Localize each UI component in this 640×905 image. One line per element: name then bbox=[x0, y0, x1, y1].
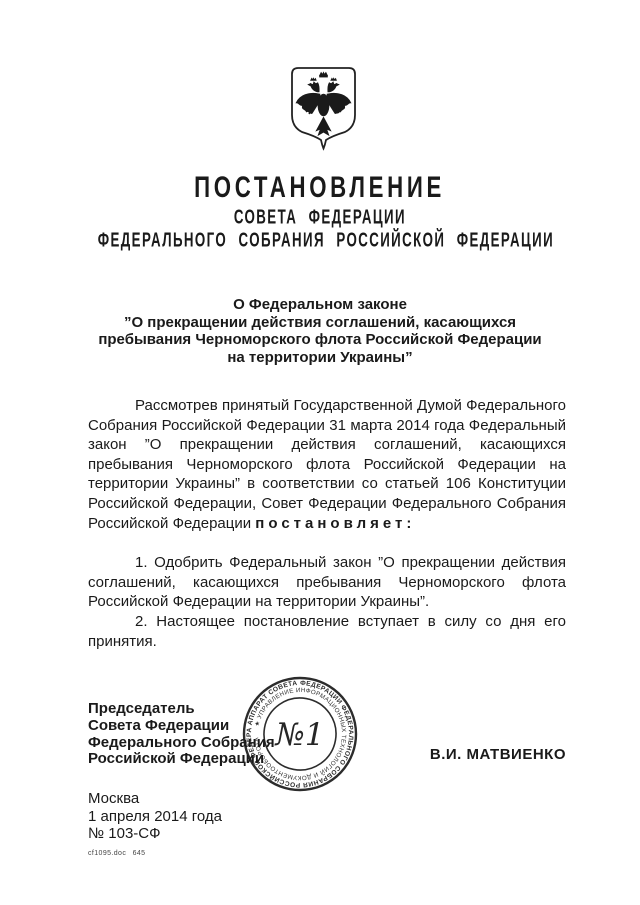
paragraph-item-2: 2. Настоящее постановление вступает в си… bbox=[88, 612, 566, 651]
org-name-line-1-text: СОВЕТА ФЕДЕРАЦИИ bbox=[234, 206, 406, 230]
document-page: ПОСТАНОВЛЕНИЕ СОВЕТА ФЕДЕРАЦИИ ФЕДЕРАЛЬН… bbox=[0, 0, 640, 905]
document-type-heading: ПОСТАНОВЛЕНИЕ bbox=[0, 171, 640, 205]
registry-stamp: АППАРАТ СОВЕТА ФЕДЕРАЦИИ ФЕДЕРАЛЬНОГО СО… bbox=[230, 664, 369, 803]
org-name-line-1: СОВЕТА ФЕДЕРАЦИИ bbox=[0, 207, 640, 229]
preamble-text: Рассмотрев принятый Государственной Думо… bbox=[88, 397, 566, 532]
file-note: cf1095.doc 645 bbox=[88, 850, 145, 857]
stamp-number: №1 bbox=[273, 717, 324, 753]
org-name-line-2: ФЕДЕРАЛЬНОГО СОБРАНИЯ РОССИЙСКОЙ ФЕДЕРАЦ… bbox=[0, 230, 640, 252]
paragraph-item-1: 1. Одобрить Федеральный закон ”О прекращ… bbox=[88, 553, 566, 612]
document-type-text: ПОСТАНОВЛЕНИЕ bbox=[195, 171, 446, 205]
document-subject: О Федеральном законе ”О прекращении дейс… bbox=[60, 296, 580, 366]
place-date-number: Москва 1 апреля 2014 года № 103-СФ bbox=[88, 790, 222, 843]
paragraph-preamble: Рассмотрев принятый Государственной Думо… bbox=[88, 396, 566, 533]
coat-of-arms-icon bbox=[286, 65, 361, 153]
signer-name: В.И. МАТВИЕНКО bbox=[400, 746, 566, 763]
resolves-word: постановляет: bbox=[255, 515, 415, 532]
org-name-line-2-text: ФЕДЕРАЛЬНОГО СОБРАНИЯ РОССИЙСКОЙ ФЕДЕРАЦ… bbox=[98, 229, 554, 253]
document-body: Рассмотрев принятый Государственной Думо… bbox=[88, 396, 566, 651]
